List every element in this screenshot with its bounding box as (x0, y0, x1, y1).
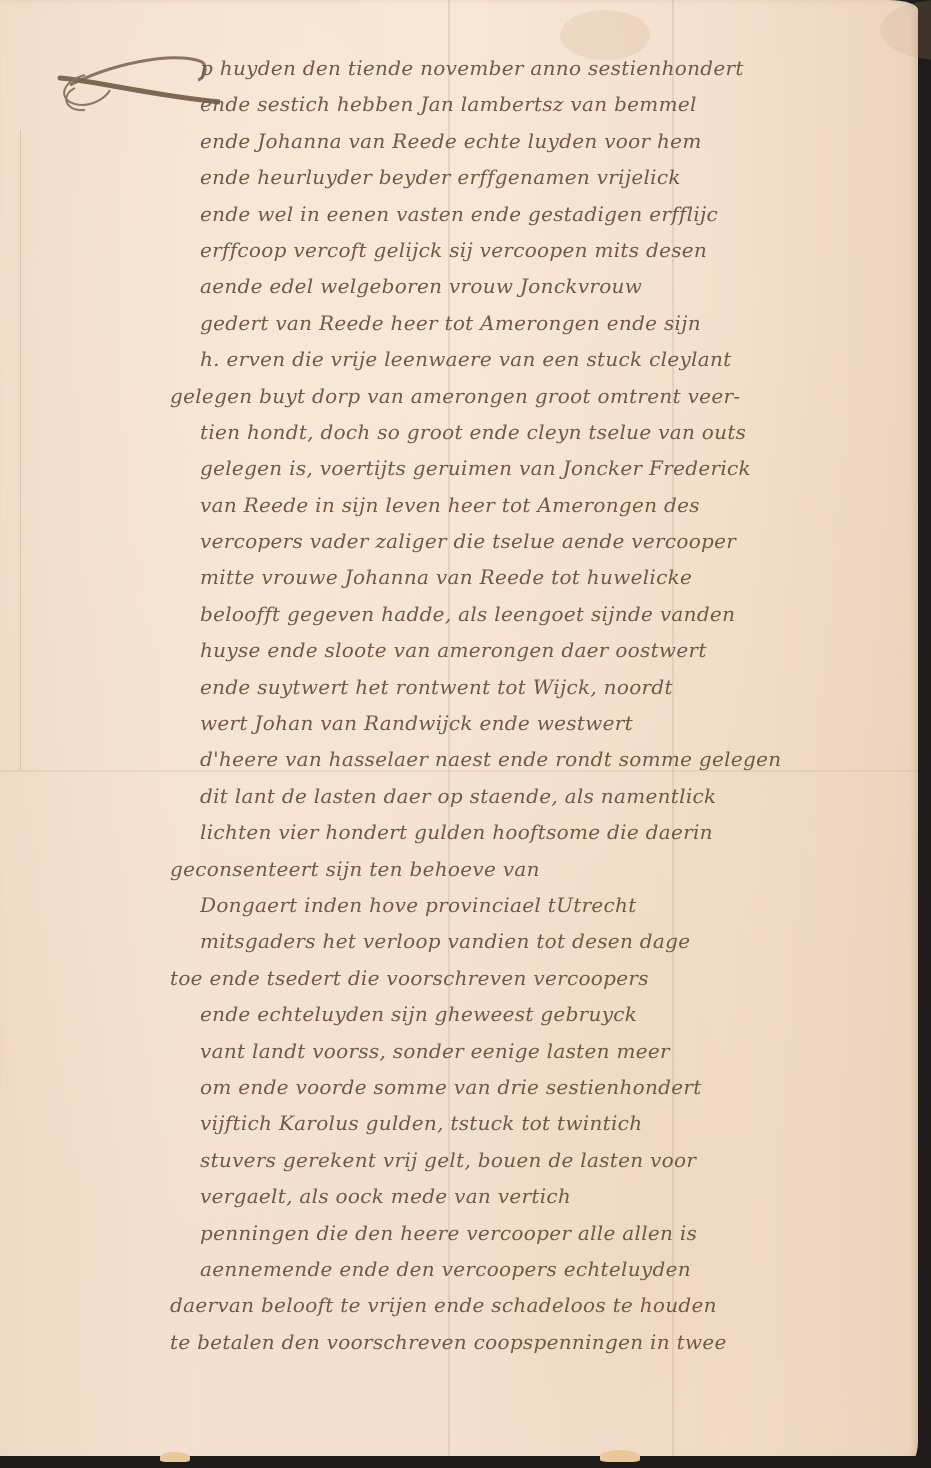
manuscript-line: d'heere van hasselaer naest ende rondt s… (200, 741, 915, 777)
manuscript-line: gedert van Reede heer tot Amerongen ende… (200, 305, 915, 341)
manuscript-line: toe ende tsedert die voorschreven vercoo… (170, 960, 915, 996)
manuscript-line: vercopers vader zaliger die tselue aende… (200, 523, 915, 559)
manuscript-line: gelegen is, voertijts geruimen van Jonck… (200, 450, 915, 486)
manuscript-line: Dongaert inden hove provinciael tUtrecht (200, 887, 915, 923)
manuscript-line: daervan belooft te vrijen ende schadeloo… (170, 1287, 915, 1323)
manuscript-line: mitsgaders het verloop vandien tot desen… (200, 923, 915, 959)
manuscript-line: mitte vrouwe Johanna van Reede tot huwel… (200, 559, 915, 595)
manuscript-line: geconsenteert sijn ten behoeve van (170, 851, 915, 887)
manuscript-line: huyse ende sloote van amerongen daer oos… (200, 632, 915, 668)
manuscript-line: ende Johanna van Reede echte luyden voor… (200, 123, 915, 159)
manuscript-line: h. erven die vrije leenwaere van een stu… (200, 341, 915, 377)
manuscript-line: ende heurluyder beyder erffgenamen vrije… (200, 159, 915, 195)
manuscript-line: ende echteluyden sijn gheweest gebruyck (200, 996, 915, 1032)
manuscript-line: vergaelt, als oock mede van vertich (200, 1178, 915, 1214)
manuscript-line: te betalen den voorschreven coopspenning… (170, 1324, 915, 1360)
manuscript-line: vijftich Karolus gulden, tstuck tot twin… (200, 1105, 915, 1141)
manuscript-line: penningen die den heere vercooper alle a… (200, 1215, 915, 1251)
manuscript-line: dit lant de lasten daer op staende, als … (200, 778, 915, 814)
manuscript-line: aennemende ende den vercoopers echteluyd… (200, 1251, 915, 1287)
decorated-initial-flourish (30, 40, 220, 115)
manuscript-line: wert Johan van Randwijck ende westwert (200, 705, 915, 741)
manuscript-line: gelegen buyt dorp van amerongen groot om… (170, 378, 915, 414)
manuscript-line: vant landt voorss, sonder eenige lasten … (200, 1033, 915, 1069)
paper-tear (600, 1450, 640, 1462)
manuscript-line: ende suytwert het rontwent tot Wijck, no… (200, 669, 915, 705)
manuscript-line: stuvers gerekent vrij gelt, bouen de las… (200, 1142, 915, 1178)
manuscript-line: beloofft gegeven hadde, als leengoet sij… (200, 596, 915, 632)
manuscript-text: p huyden den tiende november anno sestie… (200, 50, 915, 1360)
manuscript-line: lichten vier hondert gulden hooftsome di… (200, 814, 915, 850)
manuscript-line: van Reede in sijn leven heer tot Amerong… (200, 487, 915, 523)
manuscript-line: ende wel in eenen vasten ende gestadigen… (200, 196, 915, 232)
scan-background-edge (0, 1456, 931, 1468)
manuscript-line: p huyden den tiende november anno sestie… (200, 50, 915, 86)
paper-tear (160, 1452, 190, 1462)
manuscript-line: aende edel welgeboren vrouw Jonckvrouw (200, 268, 915, 304)
manuscript-line: erffcoop vercoft gelijck sij vercoopen m… (200, 232, 915, 268)
manuscript-line: ende sestich hebben Jan lambertsz van be… (200, 86, 915, 122)
manuscript-line: tien hondt, doch so groot ende cleyn tse… (200, 414, 915, 450)
margin-rule (20, 130, 21, 770)
manuscript-page: p huyden den tiende november anno sestie… (0, 0, 918, 1460)
manuscript-line: om ende voorde somme van drie sestienhon… (200, 1069, 915, 1105)
